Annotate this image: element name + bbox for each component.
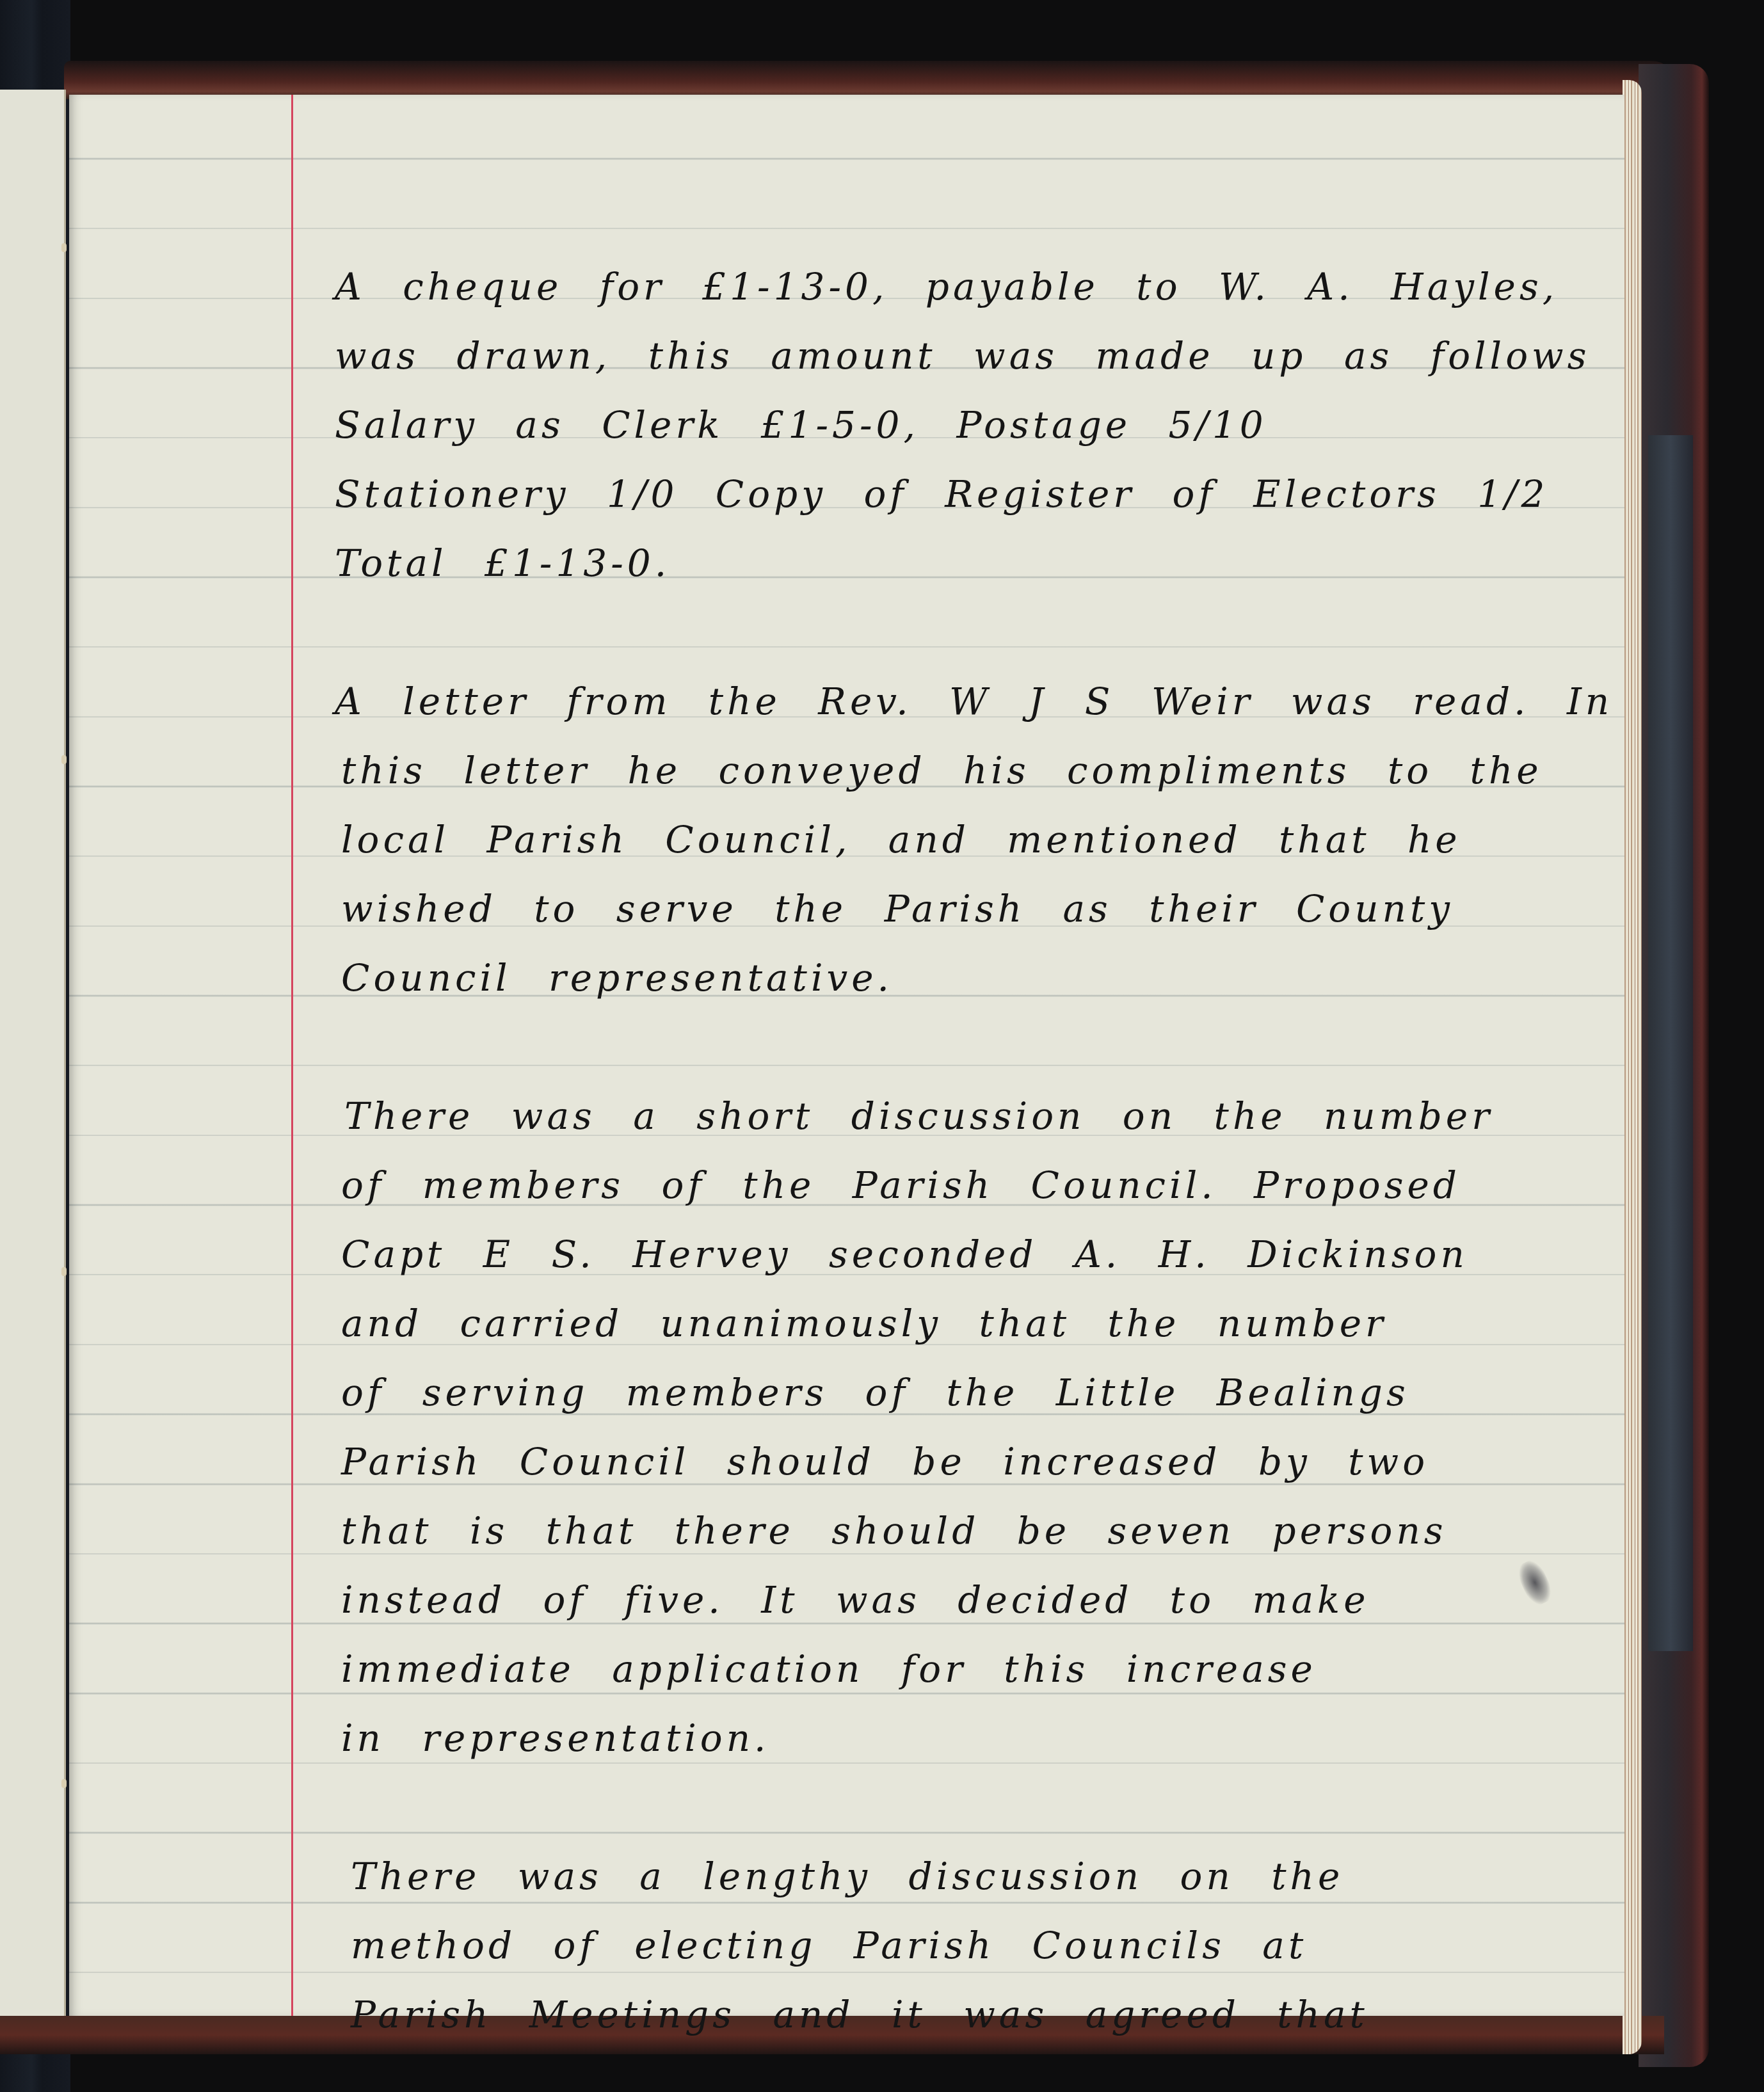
- text-line: of members of the Parish Council. Propos…: [341, 1163, 1461, 1208]
- text-line: There was a short discussion on the numb…: [344, 1094, 1493, 1138]
- text-line: Council representative.: [341, 955, 893, 1000]
- ink-smudge: [1514, 1557, 1556, 1608]
- text-line: Salary as Clerk £1-5-0, Postage 5/10: [335, 403, 1267, 447]
- text-line: and carried unanimously that the number: [341, 1301, 1387, 1346]
- red-margin-line: [291, 95, 293, 2016]
- left-facing-page: [0, 90, 66, 2016]
- ruled-notebook-page: A cheque for £1-13-0, payable to W. A. H…: [69, 95, 1624, 2016]
- stitch-mark: [61, 755, 67, 764]
- text-line: A letter from the Rev. W J S Weir was re…: [335, 679, 1613, 724]
- stitch-mark: [61, 1267, 67, 1276]
- text-line: this letter he conveyed his compliments …: [341, 748, 1543, 793]
- text-line: Capt E S. Hervey seconded A. H. Dickinso…: [341, 1232, 1468, 1277]
- text-line: local Parish Council, and mentioned that…: [341, 817, 1461, 862]
- page-block-edges: [1623, 80, 1642, 2054]
- text-line: A cheque for £1-13-0, payable to W. A. H…: [335, 264, 1558, 309]
- text-line: Parish Meetings and it was agreed that: [351, 1992, 1368, 2037]
- text-line: of serving members of the Little Bealing…: [341, 1370, 1409, 1415]
- text-line: that is that there should be seven perso…: [341, 1508, 1447, 1553]
- text-line: There was a lengthy discussion on the: [351, 1854, 1343, 1899]
- text-line: Total £1-13-0.: [335, 541, 670, 586]
- stitch-mark: [61, 243, 67, 252]
- text-line: Stationery 1/0 Copy of Register of Elect…: [335, 472, 1548, 516]
- stitch-mark: [61, 1779, 67, 1788]
- text-line: in representation.: [341, 1716, 769, 1761]
- text-line: method of electing Parish Councils at: [351, 1923, 1307, 1968]
- text-line: wished to serve the Parish as their Coun…: [341, 886, 1454, 931]
- book-cover-top-edge: [64, 61, 1677, 99]
- text-line: instead of five. It was decided to make: [341, 1577, 1370, 1622]
- cover-binding-cloth: [1648, 435, 1693, 1651]
- text-line: immediate application for this increase: [341, 1647, 1317, 1691]
- text-line: Parish Council should be increased by tw…: [341, 1439, 1429, 1484]
- text-line: was drawn, this amount was made up as fo…: [335, 333, 1591, 378]
